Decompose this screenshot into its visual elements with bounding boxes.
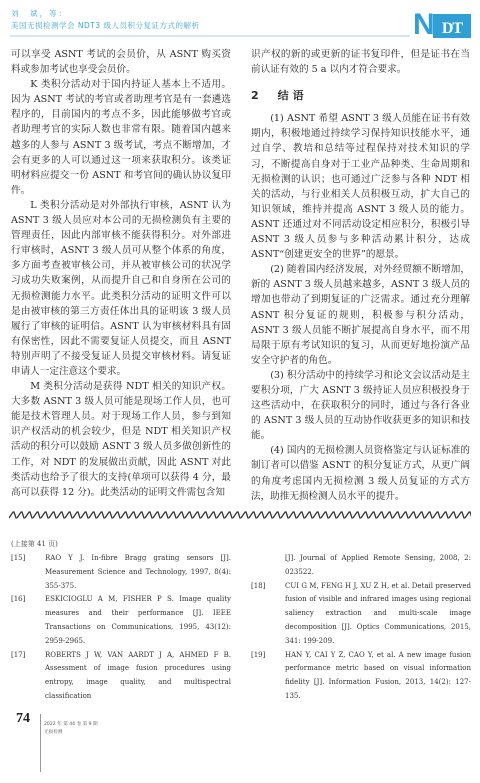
reference-text: HAN Y, CAI Y Z, CAO Y, et al. A new imag… — [285, 651, 471, 700]
header-rule — [10, 35, 410, 37]
ndt-logo: N DT — [413, 12, 473, 39]
conclusion-item-4: (4) 国内的无损检测人员资格鉴定与认证标准的制订者可以借鉴 ASNT 的积分复… — [251, 443, 470, 503]
wavy-divider — [9, 511, 471, 519]
continued-from-note: (上接第 41 页) — [11, 539, 58, 549]
left-column: 可以享受 ASNT 考试的会员价，从 ASNT 购买资料或参加考试也享受会员价。… — [11, 47, 231, 500]
conclusion-item-1: (1) ASNT 希望 ASNT 3 级人员能在证书有效期内，积极地通过持续学习… — [251, 111, 470, 262]
reference-number: [17] — [11, 649, 25, 663]
footer-divider — [40, 714, 41, 772]
paragraph: 可以享受 ASNT 考试的会员价，从 ASNT 购买资料或参加考试也享受会员价。 — [11, 47, 231, 77]
footer-issue: 2022 年 第 44 卷 第 9 期 — [44, 721, 98, 729]
reference-number: [18] — [251, 580, 265, 594]
running-header: 刘 斌，等： 美国无损检测学会 NDT3 级人员积分复证方式的解析 N DT — [0, 0, 480, 44]
reference-item: [17] ROBERTS J W, VAN AARDT J A, AHMED F… — [11, 649, 231, 704]
footer-journal-name: 无损检测 — [44, 729, 98, 737]
references-right: [J]. Journal of Applied Remote Sensing, … — [251, 552, 471, 704]
reference-number: [19] — [251, 649, 265, 663]
reference-continuation: [J]. Journal of Applied Remote Sensing, … — [251, 552, 471, 580]
references-left: [15] RAO Y J. In-fibre Bragg grating sen… — [11, 552, 231, 704]
header-article-title: 美国无损检测学会 NDT3 级人员积分复证方式的解析 — [11, 20, 200, 31]
page-number: 74 — [16, 711, 30, 727]
reference-number: [15] — [11, 552, 25, 566]
reference-text: ESKICIOGLU A M, FISHER P S. Image qualit… — [45, 595, 231, 644]
section-heading-conclusion: 2 结语 — [251, 88, 470, 103]
conclusion-item-2: (2) 随着国内经济发展，对外经贸额不断增加，新的 ASNT 3 级人员越来越多… — [251, 262, 470, 368]
right-column: 识产权的新的或更新的证书复印件，但是证书在当前认证有效的 5 a 以内才符合要求… — [251, 47, 470, 504]
reference-text: [J]. Journal of Applied Remote Sensing, … — [285, 554, 471, 576]
logo-letter-n: N — [413, 12, 433, 38]
reference-text: ROBERTS J W, VAN AARDT J A, AHMED F B. A… — [45, 651, 231, 700]
paragraph-m-class: M 类积分活动是获得 NDT 相关的知识产权。大多数 ASNT 3 级人员可能是… — [11, 379, 231, 500]
paragraph-continued: 识产权的新的或更新的证书复印件，但是证书在当前认证有效的 5 a 以内才符合要求… — [251, 47, 470, 77]
reference-number: [16] — [11, 593, 25, 607]
reference-item: [15] RAO Y J. In-fibre Bragg grating sen… — [11, 552, 231, 593]
reference-text: CUI G M, FENG H J, XU Z H, et al. Detail… — [285, 582, 471, 645]
conclusion-item-3: (3) 积分活动中的持续学习和论文会议活动是主要积分项，广大 ASNT 3 级持… — [251, 368, 470, 443]
paragraph-k-class: K 类积分活动对于国内持证人基本上不适用。因为 ASNT 考试的考官或者助理考官… — [11, 77, 231, 198]
header-author: 刘 斌，等： — [11, 8, 68, 19]
paragraph-l-class: L 类积分活动是对外部执行审核，ASNT 认为 ASNT 3 级人员应对本公司的… — [11, 198, 231, 379]
reference-item: [16] ESKICIOGLU A M, FISHER P S. Image q… — [11, 593, 231, 648]
reference-item: [19] HAN Y, CAI Y Z, CAO Y, et al. A new… — [251, 649, 471, 704]
logo-box-dt: DT — [433, 14, 471, 38]
footer-journal-info: 2022 年 第 44 卷 第 9 期 无损检测 — [44, 721, 98, 737]
reference-item: [18] CUI G M, FENG H J, XU Z H, et al. D… — [251, 580, 471, 649]
reference-text: RAO Y J. In-fibre Bragg grating sensors … — [45, 554, 231, 590]
